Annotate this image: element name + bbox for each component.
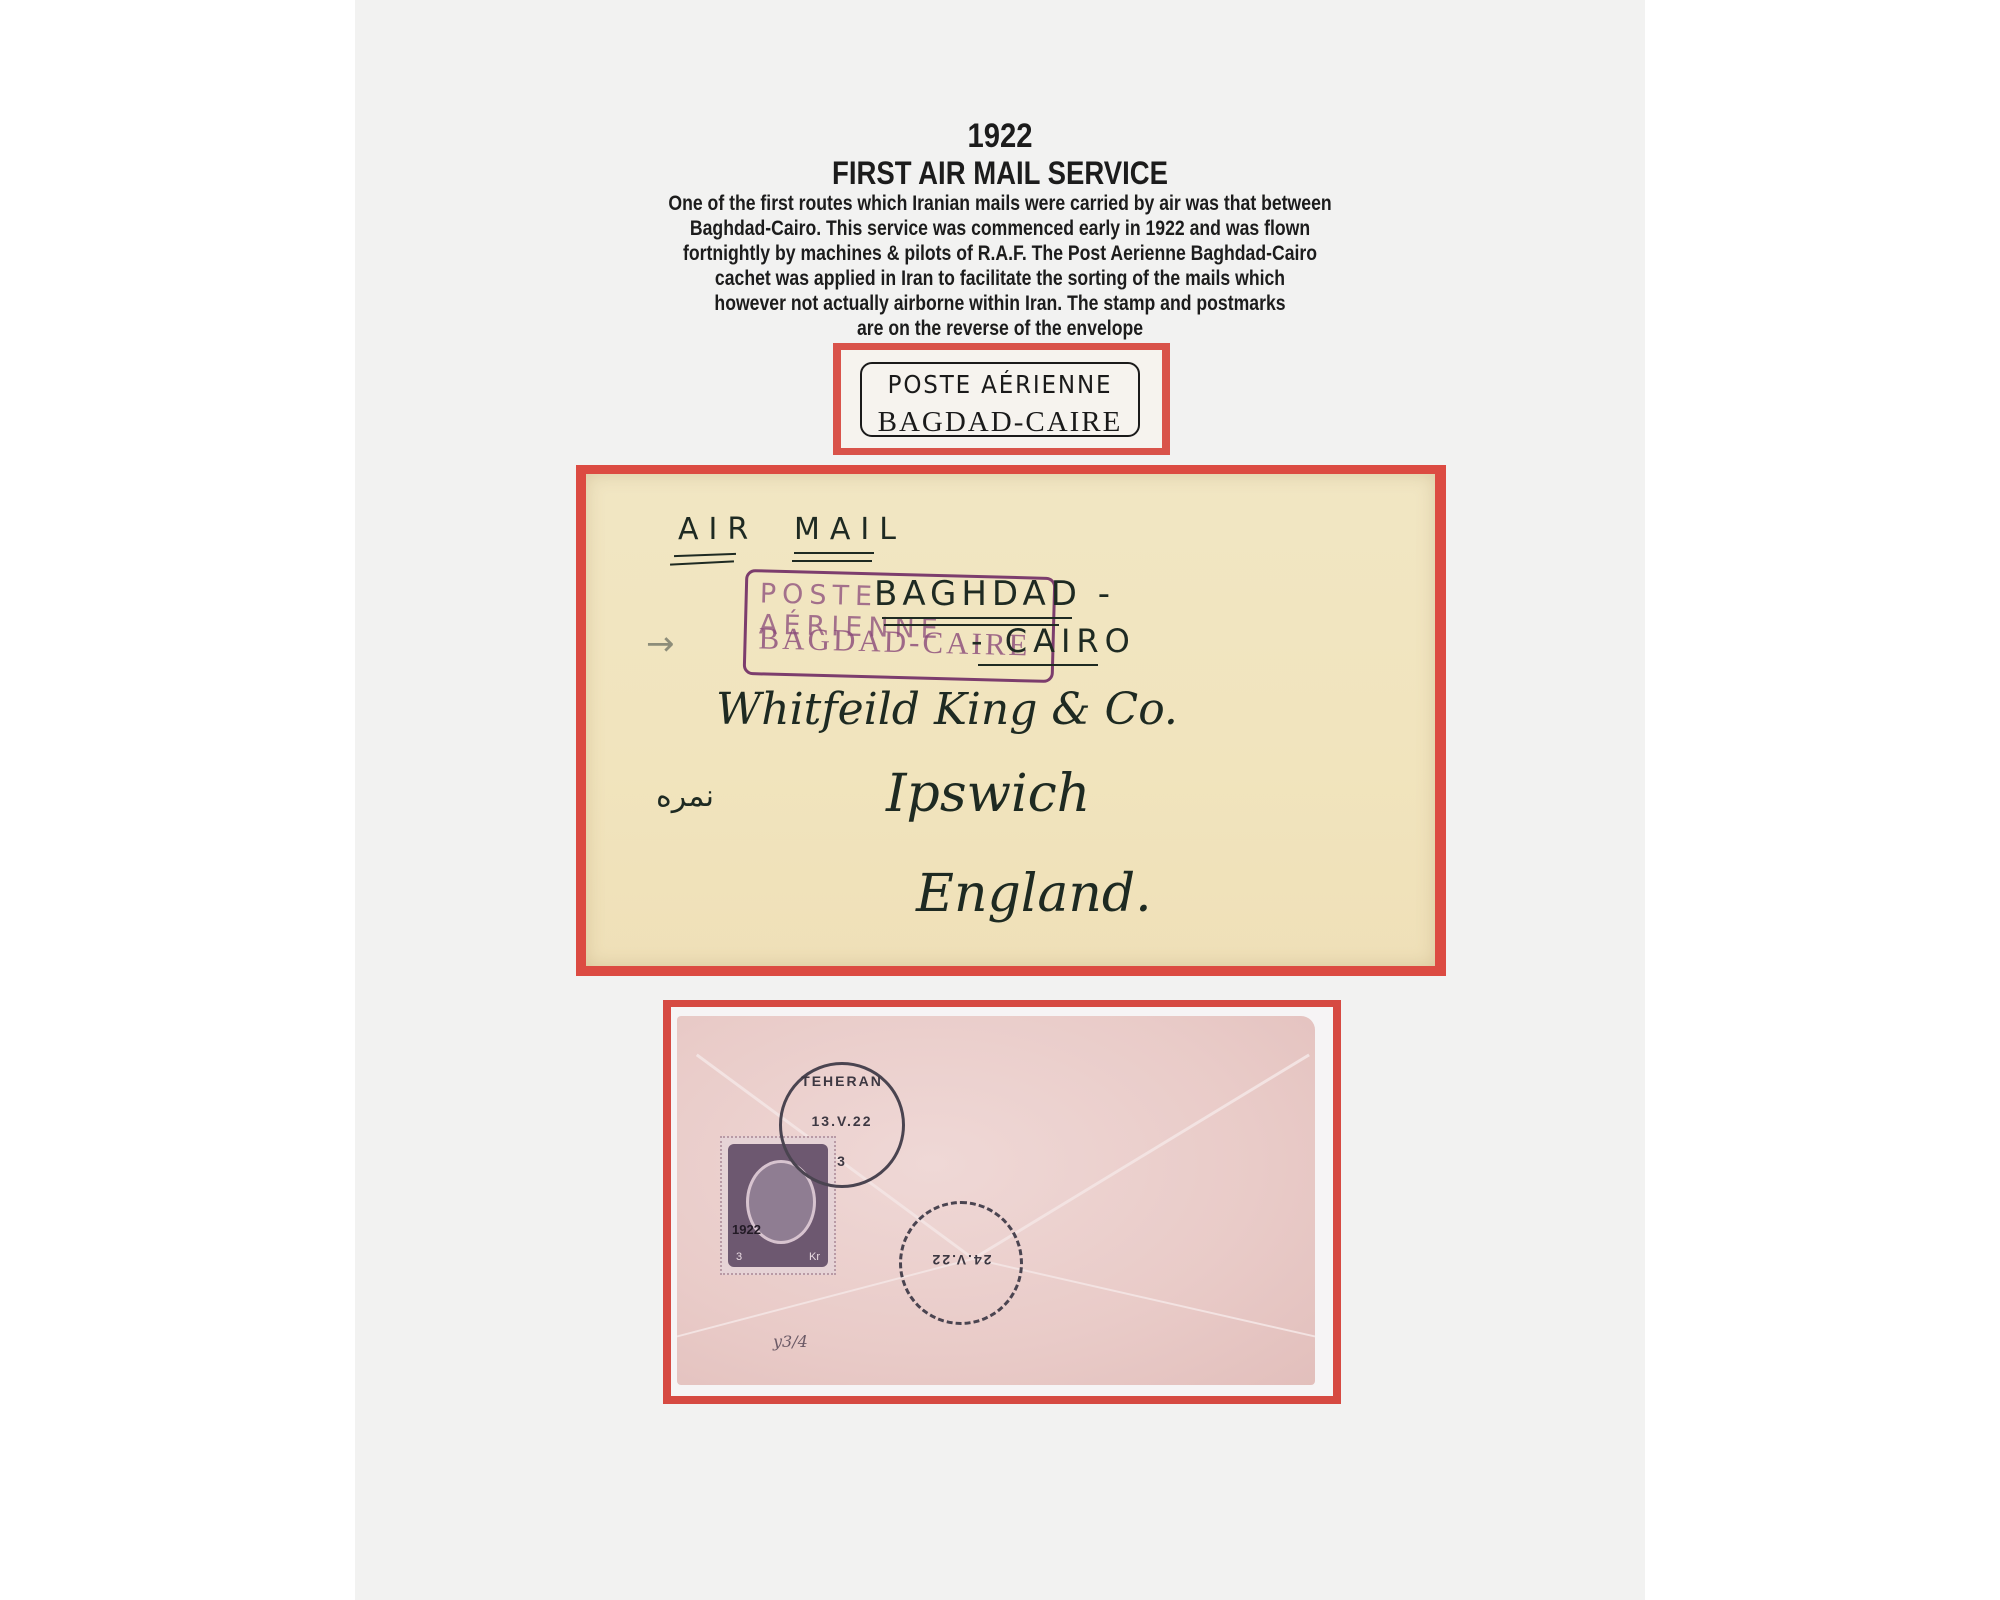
description-line: however not actually airborne within Ira…	[180, 291, 1820, 316]
description-line: Baghdad-Cairo. This service was commence…	[180, 216, 1820, 241]
address-line-1: Whitfeild King & Co.	[716, 684, 1178, 735]
cachet-frame: POSTE AÉRIENNE BAGDAD-CAIRE	[860, 362, 1140, 437]
cachet-line-1: POSTE AÉRIENNE	[873, 370, 1127, 399]
route-underline	[882, 617, 1072, 619]
page-description: One of the first routes which Iranian ma…	[0, 191, 2000, 341]
back-envelope-mount: 1922 3 Kr TEHERAN 13.V.22 3 24.V.22 y3/4	[663, 1000, 1341, 1404]
stamp-currency: Kr	[809, 1251, 820, 1263]
front-envelope: AIR MAIL → POSTE AÉRIENNE BAGDAD-CAIRE B…	[586, 474, 1435, 966]
teheran-postmark: TEHERAN 13.V.22 3	[779, 1062, 905, 1188]
pencil-note: y3/4	[773, 1332, 808, 1351]
route-line-1: BAGHDAD -	[874, 574, 1115, 614]
back-envelope-border: 1922 3 Kr TEHERAN 13.V.22 3 24.V.22 y3/4	[671, 1007, 1333, 1396]
postmark-city: TEHERAN	[782, 1073, 902, 1089]
mail-label: MAIL	[794, 512, 906, 547]
cachet-line-2: BAGDAD-CAIRE	[862, 406, 1138, 439]
cachet-illustration: POSTE AÉRIENNE BAGDAD-CAIRE	[841, 350, 1162, 448]
route-line-2: - CAIRO	[971, 622, 1136, 660]
transit-postmark: 24.V.22	[899, 1201, 1023, 1325]
postmark-date: 24.V.22	[902, 1252, 1020, 1268]
postmark-date: 13.V.22	[782, 1113, 902, 1129]
arrow-icon: →	[646, 624, 675, 664]
air-underline	[670, 560, 734, 565]
cachet-illustration-mount: POSTE AÉRIENNE BAGDAD-CAIRE	[833, 343, 1170, 455]
air-underline	[674, 553, 736, 557]
description-line: cachet was applied in Iran to facilitate…	[180, 266, 1820, 291]
page-title: FIRST AIR MAIL SERVICE	[140, 156, 1860, 190]
stamp-overprint: 1922	[732, 1222, 761, 1237]
page-year: 1922	[140, 118, 1860, 154]
air-label: AIR	[678, 512, 758, 547]
address-line-3: England.	[916, 864, 1152, 924]
mail-underline	[794, 552, 874, 554]
persian-note: نمره	[656, 779, 714, 814]
back-envelope: 1922 3 Kr TEHERAN 13.V.22 3 24.V.22 y3/4	[677, 1016, 1315, 1385]
mail-underline	[792, 560, 872, 562]
description-line: are on the reverse of the envelope	[180, 316, 1820, 341]
front-envelope-mount: AIR MAIL → POSTE AÉRIENNE BAGDAD-CAIRE B…	[576, 465, 1446, 976]
description-line: fortnightly by machines & pilots of R.A.…	[180, 241, 1820, 266]
address-line-2: Ipswich	[886, 764, 1090, 824]
stamp-denomination: 3	[736, 1251, 742, 1263]
description-line: One of the first routes which Iranian ma…	[180, 191, 1820, 216]
route-underline	[978, 664, 1098, 666]
postmark-code: 3	[782, 1153, 902, 1169]
